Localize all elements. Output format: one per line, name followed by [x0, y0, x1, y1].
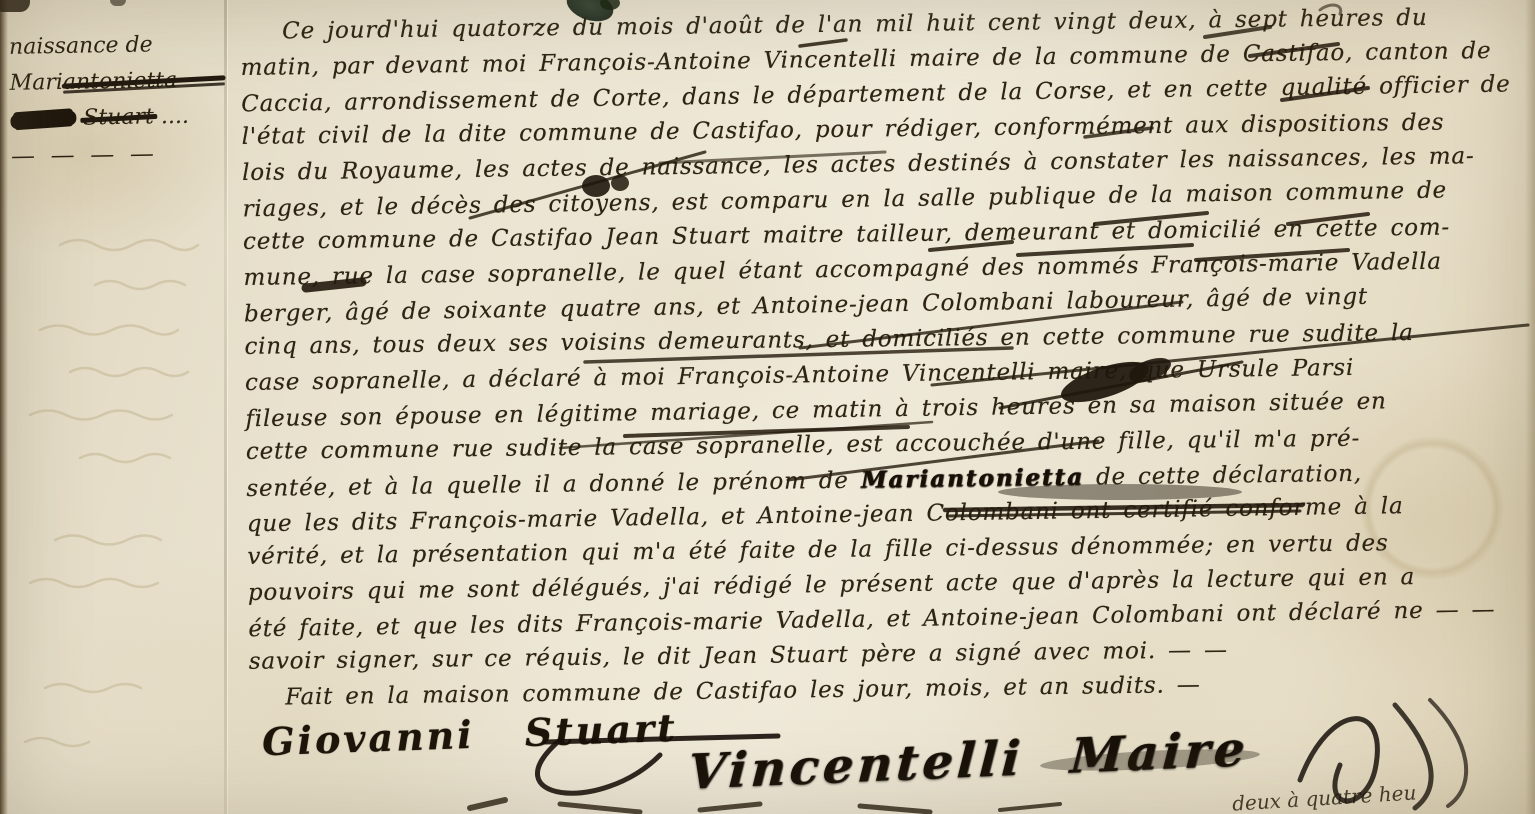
bleed-through-ghost-text	[25, 240, 198, 746]
struck-surname: Stuart	[83, 104, 154, 130]
given-name-overwritten: Mariantonietta	[861, 464, 1084, 494]
next-act-fragment: deux à quatre heu	[1231, 780, 1417, 814]
margin-line-naissance: naissance de	[9, 26, 222, 66]
document-scan: { "paper": { "background_color": "#eae3d…	[0, 0, 1535, 814]
fold-crease-highlight	[227, 0, 228, 814]
scan-left-edge	[0, 0, 8, 814]
margin-dots: ....	[161, 104, 189, 129]
act-text: Ce jourd'hui quatorze du mois d'août de …	[240, 0, 1535, 716]
margin-dashes: — — — —	[11, 134, 224, 174]
margin-annotation: naissance de Mariantonietta Stuart .... …	[9, 26, 223, 174]
line14-post: de cette déclaration,	[1084, 461, 1362, 491]
ink-smudge-small	[600, 0, 620, 10]
top-edge-ink-mark-small	[110, 0, 126, 6]
margin-line-surname: Stuart ....	[10, 98, 223, 138]
signature-vincentelli-maire: Vincentelli Maire	[686, 721, 1250, 801]
ink-blot-overwrite	[10, 110, 77, 130]
top-edge-ink-mark	[0, 0, 30, 12]
line14-pre: sentée, et à la quelle il a donné le pré…	[246, 468, 861, 502]
bottom-cutoff-text-marks	[470, 800, 1060, 812]
margin-line-name-struck: Mariantonietta	[9, 62, 222, 102]
